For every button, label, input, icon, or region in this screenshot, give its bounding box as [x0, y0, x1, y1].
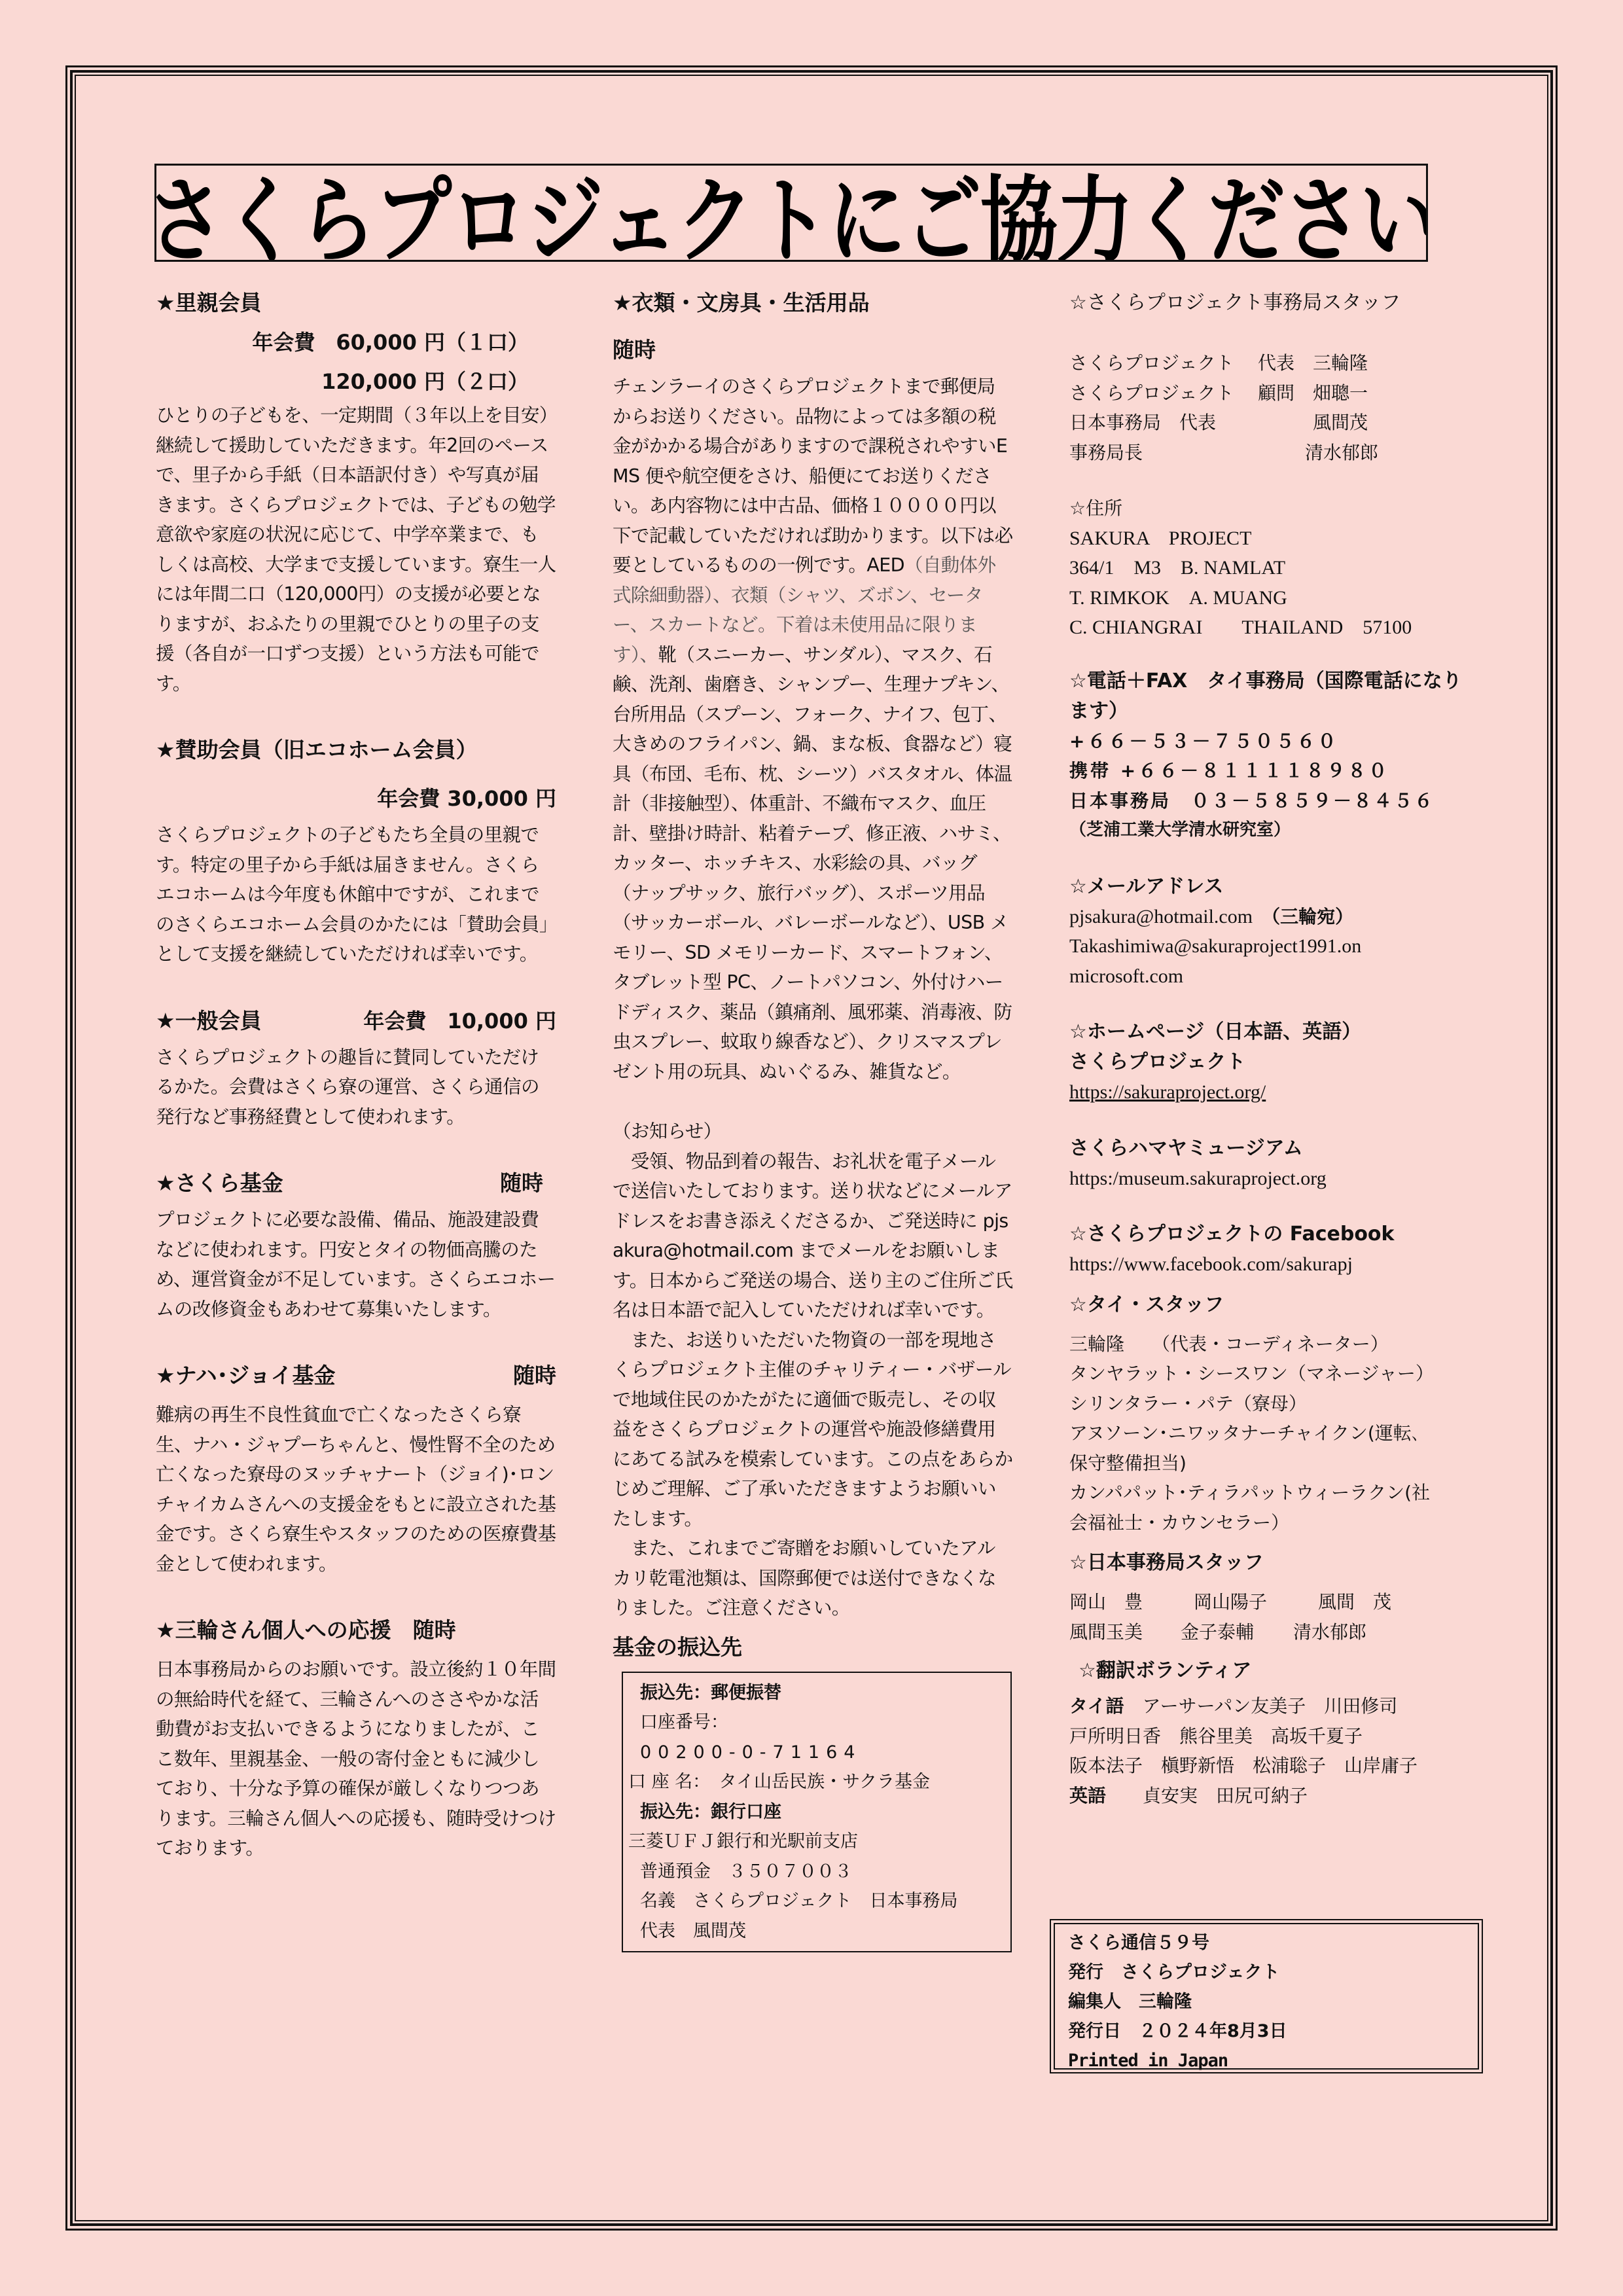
foster-fee-1: 年会費 60,000 円（１口） [156, 327, 556, 357]
publish-date: 発行日 ２０２４年8月3日 [1068, 2017, 1478, 2046]
museum-name: さくらハマヤミュージアム [1069, 1134, 1475, 1164]
office-staff-section: ☆さくらプロジェクト事務局スタッフ さくらプロジェクト代表三輪隆 さくらプロジェ… [1069, 288, 1475, 467]
page-title: さくらプロジェクトにご協力ください [154, 164, 1428, 262]
thai-staff-line: カンパパット･ティラパットウィーラクン(社 [1069, 1478, 1475, 1508]
notice-label: （お知らせ） [613, 1117, 1013, 1147]
staff-org: さくらプロジェクト [1069, 378, 1258, 408]
staff-name: 風間玉美 [1069, 1617, 1181, 1647]
thai-staff-line: 三輪隆 （代表・コーディネーター） [1069, 1329, 1475, 1359]
mobile-phone: 携帯 +６６－８１１１１８９８０ [1069, 756, 1475, 786]
supporting-fee: 年会費 30,000 円 [156, 783, 556, 814]
foster-fee-2: 120,000 円（２口） [156, 367, 556, 397]
supporting-member-section: ★賛助会員（旧エコホーム会員） 年会費 30,000 円 さくらプロジェクトの子… [156, 735, 556, 969]
staff-name: 金子泰輔 [1181, 1617, 1293, 1647]
miwa-support-heading: ★三輪さん個人への応援 随時 [156, 1615, 556, 1645]
sakura-fund-timing: 随時 [500, 1168, 543, 1198]
address-section: ☆住所 SAKURA PROJECT 364/1 M3 B. NAMLAT T.… [1069, 493, 1475, 643]
sakura-fund-body: プロジェクトに必要な設備、備品、施設建設費などに使われます。円安とタイの物価高騰… [156, 1205, 556, 1324]
staff-row: 事務局長清水郁郎 [1069, 438, 1475, 468]
goods-body-items: 靴（スニーカー、サンダル）、マスク、石鹸、洗剤、歯磨き、シャンプー、生理ナプキン… [613, 644, 1012, 1083]
goods-section: ★衣類・文房具・生活用品 随時 チェンラーイのさくらプロジェクトまで郵便局からお… [613, 288, 1013, 1086]
email-heading: ☆メールアドレス [1069, 872, 1475, 902]
naha-joy-fund-section: ★ナハ･ジョイ基金 随時 難病の再生不良性貧血で亡くなったさくら寮生、ナハ・ジャ… [156, 1361, 556, 1579]
issue-number: さくら通信５９号 [1068, 1928, 1478, 1958]
homepage-section: ☆ホームページ（日本語、英語） さくらプロジェクト https://sakura… [1069, 1017, 1475, 1193]
general-member-section: ★一般会員 年会費 10,000 円 さくらプロジェクトの趣旨に賛同していただけ… [156, 1006, 556, 1132]
english-translators: 英語 貞安実 田尻可納子 [1069, 1781, 1475, 1811]
account-number: 00200-0-71164 [628, 1738, 1005, 1768]
miwa-support-body: 日本事務局からのお願いです。設立後約１０年間の無給時代を経て、三輪さんへのささや… [156, 1655, 556, 1863]
sakura-fund-heading: ★さくら基金 [156, 1168, 283, 1198]
japan-staff-row: 風間玉美金子泰輔清水郁郎 [1069, 1617, 1475, 1647]
editor: 編集人 三輪隆 [1068, 1987, 1478, 2017]
account-representative: 代表 風間茂 [628, 1916, 1005, 1946]
phone-heading-cont: ます） [1069, 696, 1475, 726]
printed-in: Printed in Japan [1068, 2046, 1478, 2075]
staff-role: 代表 [1179, 408, 1313, 438]
phone-section: ☆電話＋FAX タイ事務局（国際電話になり ます） +６６－５３－７５０５６０ … [1069, 666, 1475, 846]
homepage-site-name: さくらプロジェクト [1069, 1047, 1475, 1077]
email-link-2[interactable]: Takashimiwa@sakuraproject1991.on [1069, 931, 1475, 961]
title-banner: さくらプロジェクトにご協力ください [154, 164, 1428, 262]
staff-name: 清水郁郎 [1293, 1617, 1366, 1647]
account-name-row: 口 座 名： タイ山岳民族・サクラ基金 [628, 1767, 1005, 1797]
email-row: pjsakura@hotmail.com （三輪宛） [1069, 902, 1475, 932]
supporting-body: さくらプロジェクトの子どもたち全員の里親です。特定の里子から手紙は届きません。さ… [156, 820, 556, 969]
account-name-label: 口 座 名： [628, 1772, 702, 1792]
publisher: 発行 さくらプロジェクト [1068, 1958, 1478, 1987]
address-heading: ☆住所 [1069, 493, 1475, 524]
facebook-heading: ☆さくらプロジェクトの Facebook [1069, 1219, 1475, 1249]
address-line: C. CHIANGRAI THAILAND 57100 [1069, 613, 1475, 643]
thai-language-label: タイ語 [1069, 1695, 1124, 1717]
office-staff-heading: ☆さくらプロジェクト事務局スタッフ [1069, 288, 1475, 318]
foster-member-section: ★里親会員 年会費 60,000 円（１口） 120,000 円（２口） ひとり… [156, 288, 556, 698]
account-number-label: 口座番号： [628, 1708, 1005, 1738]
homepage-link[interactable]: https://sakuraproject.org/ [1069, 1077, 1475, 1107]
homepage-heading: ☆ホームページ（日本語、英語） [1069, 1017, 1475, 1047]
facebook-section: ☆さくらプロジェクトの Facebook https://www.faceboo… [1069, 1219, 1475, 1280]
thai-staff-line: 会福祉士・カウンセラー） [1069, 1508, 1475, 1538]
thai-staff-line: アヌソーン･ニワッタナーチャイクン(運転､ [1069, 1418, 1475, 1448]
japan-staff-section: ☆日本事務局スタッフ 岡山 豊岡山陽子風間 茂 風間玉美金子泰輔清水郁郎 [1069, 1548, 1475, 1647]
staff-name: 岡山陽子 [1194, 1587, 1318, 1617]
staff-org: 日本事務局 [1069, 408, 1179, 438]
naha-joy-heading: ★ナハ･ジョイ基金 [156, 1361, 335, 1391]
general-body: さくらプロジェクトの趣旨に賛同していただけるかた。会費はさくら寮の運営、さくら通… [156, 1043, 556, 1132]
transfer-heading: 基金の振込先 [613, 1632, 1013, 1662]
sakura-fund-section: ★さくら基金 随時 プロジェクトに必要な設備、備品、施設建設費などに使われます。… [156, 1168, 556, 1324]
translator-names: 戸所明日香 熊谷里美 高坂千夏子 [1069, 1721, 1475, 1751]
thai-office-phone: +６６－５３－７５０５６０ [1069, 726, 1475, 757]
staff-name: 岡山 豊 [1069, 1587, 1194, 1617]
email-section: ☆メールアドレス pjsakura@hotmail.com （三輪宛） Taka… [1069, 872, 1475, 992]
museum-link[interactable]: https:/museum.sakuraproject.org [1069, 1164, 1475, 1194]
japan-staff-heading: ☆日本事務局スタッフ [1069, 1548, 1475, 1578]
staff-org: さくらプロジェクト [1069, 348, 1258, 378]
japan-staff-row: 岡山 豊岡山陽子風間 茂 [1069, 1587, 1475, 1617]
thai-staff-section: ☆タイ・スタッフ 三輪隆 （代表・コーディネーター） タンヤラット・シースワン（… [1069, 1290, 1475, 1538]
translator-names: アーサーパン友美子 川田修司 [1142, 1695, 1397, 1717]
translators-heading: ☆翻訳ボランティア [1069, 1656, 1475, 1686]
staff-name: 風間茂 [1313, 408, 1368, 438]
staff-name: 三輪隆 [1313, 348, 1368, 378]
bank-name: 三菱ＵＦＪ銀行和光駅前支店 [628, 1827, 1005, 1857]
email-note: （三輪宛） [1271, 906, 1353, 927]
staff-row: 日本事務局代表風間茂 [1069, 408, 1475, 438]
staff-role: 顧問 [1258, 378, 1313, 408]
staff-role: 代表 [1258, 348, 1313, 378]
thai-staff-line: 保守整備担当) [1069, 1448, 1475, 1479]
translator-names: 貞安実 田尻可納子 [1143, 1785, 1308, 1806]
staff-name: 清水郁郎 [1305, 438, 1378, 468]
bank-transfer-label: 振込先：銀行口座 [628, 1797, 1005, 1827]
miwa-support-section: ★三輪さん個人への応援 随時 日本事務局からのお願いです。設立後約１０年間の無給… [156, 1615, 556, 1863]
thai-staff-line: シリンタラー・パテ（寮母） [1069, 1389, 1475, 1419]
right-column: ☆さくらプロジェクト事務局スタッフ さくらプロジェクト代表三輪隆 さくらプロジェ… [1069, 288, 1475, 1810]
naha-joy-body: 難病の再生不良性貧血で亡くなったさくら寮生、ナハ・ジャプーちゃんと、慢性腎不全の… [156, 1400, 556, 1579]
staff-row: さくらプロジェクト顧問畑聰一 [1069, 378, 1475, 408]
staff-name: 畑聰一 [1313, 378, 1368, 408]
transfer-box: 振込先：郵便振替 口座番号： 00200-0-71164 口 座 名： タイ山岳… [622, 1672, 1012, 1953]
notice-section: （お知らせ） 受領、物品到着の報告、お礼状を電子メールで送信いたしております。送… [613, 1117, 1013, 1623]
account-holder: 名義 さくらプロジェクト 日本事務局 [628, 1886, 1005, 1916]
translators-section: ☆翻訳ボランティア タイ語 アーサーパン友美子 川田修司 戸所明日香 熊谷里美 … [1069, 1656, 1475, 1810]
notice-para-2: また、お送りいただいた物資の一部を現地さくらプロジェクト主催のチャリティー・バザ… [613, 1325, 1013, 1534]
facebook-link[interactable]: https://www.facebook.com/sakurapj [1069, 1249, 1475, 1280]
thai-translators: タイ語 アーサーパン友美子 川田修司 [1069, 1691, 1475, 1721]
staff-org: 事務局長 [1069, 438, 1305, 468]
middle-column: ★衣類・文房具・生活用品 随時 チェンラーイのさくらプロジェクトまで郵便局からお… [613, 288, 1013, 1952]
goods-timing: 随時 [613, 335, 1013, 365]
general-fee: 年会費 10,000 円 [363, 1006, 556, 1036]
address-line: T. RIMKOK A. MUANG [1069, 583, 1475, 613]
notice-para-3: また、これまでご寄贈をお願いしていたアルカリ乾電池類は、国際郵便では送付できなく… [613, 1534, 1013, 1623]
notice-para-1: 受領、物品到着の報告、お礼状を電子メールで送信いたしております。送り状などにメー… [613, 1147, 1013, 1325]
staff-row: さくらプロジェクト代表三輪隆 [1069, 348, 1475, 378]
email-link-2-cont[interactable]: microsoft.com [1069, 961, 1475, 992]
thai-staff-line: タンヤラット・シースワン（マネージャー） [1069, 1359, 1475, 1389]
deposit-account: 普通預金 ３５０７００３ [628, 1857, 1005, 1887]
foster-body: ひとりの子どもを、一定期間（３年以上を目安）継続して援助していただきます。年2回… [156, 401, 556, 698]
general-heading: ★一般会員 [156, 1006, 262, 1036]
phone-heading: ☆電話＋FAX タイ事務局（国際電話になり [1069, 666, 1475, 696]
japan-office-note: （芝浦工業大学清水研究室） [1069, 816, 1475, 846]
left-column: ★里親会員 年会費 60,000 円（１口） 120,000 円（２口） ひとり… [156, 288, 556, 1863]
translator-names: 阪本法子 槇野新悟 松浦聡子 山岸庸子 [1069, 1751, 1475, 1781]
goods-heading: ★衣類・文房具・生活用品 [613, 288, 1013, 318]
foster-heading: ★里親会員 [156, 288, 556, 318]
transfer-section: 基金の振込先 振込先：郵便振替 口座番号： 00200-0-71164 口 座 … [613, 1632, 1013, 1953]
postal-transfer-label: 振込先：郵便振替 [628, 1678, 1005, 1708]
email-link-1[interactable]: pjsakura@hotmail.com [1069, 906, 1253, 927]
supporting-heading: ★賛助会員（旧エコホーム会員） [156, 735, 556, 765]
thai-staff-heading: ☆タイ・スタッフ [1069, 1290, 1475, 1320]
goods-body-intro: チェンラーイのさくらプロジェクトまで郵便局からお送りください。品物によっては多額… [613, 376, 1013, 576]
account-name: タイ山岳民族・サクラ基金 [719, 1772, 930, 1792]
address-line: 364/1 M3 B. NAMLAT [1069, 553, 1475, 583]
english-language-label: 英語 [1069, 1785, 1106, 1806]
naha-joy-timing: 随時 [513, 1361, 556, 1391]
address-line: SAKURA PROJECT [1069, 524, 1475, 554]
colophon-box: さくら通信５９号 発行 さくらプロジェクト 編集人 三輪隆 発行日 ２０２４年8… [1050, 1919, 1483, 2073]
japan-office-phone: 日本事務局 ０３－５８５９－８４５６ [1069, 786, 1475, 816]
goods-body: チェンラーイのさくらプロジェクトまで郵便局からお送りください。品物によっては多額… [613, 372, 1013, 1086]
staff-name: 風間 茂 [1318, 1587, 1391, 1617]
